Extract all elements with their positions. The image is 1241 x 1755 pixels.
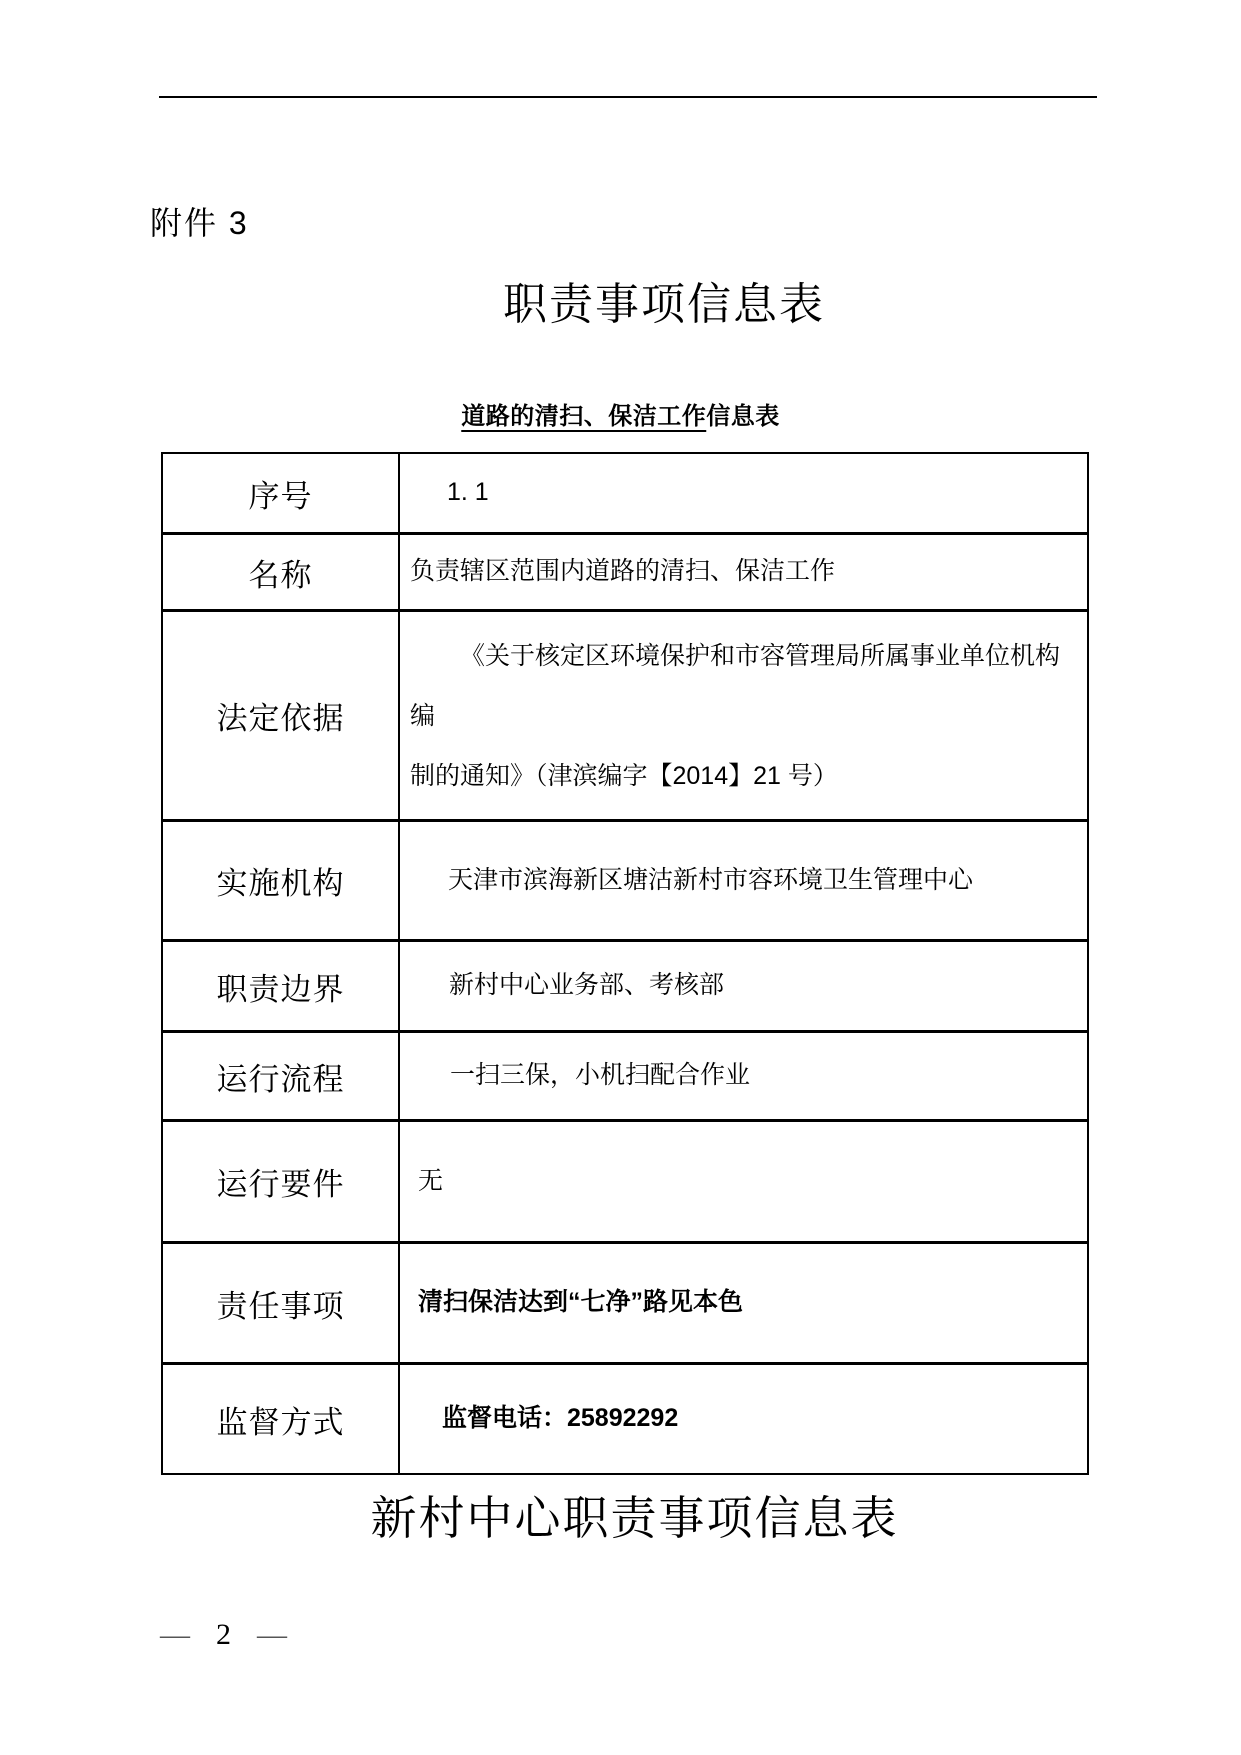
next-section-title: 新村中心职责事项信息表 — [0, 1482, 1241, 1548]
row-value: 监督电话：25892292 — [399, 1364, 1088, 1475]
subtitle-plain-text: 信息表 — [706, 403, 780, 430]
row-responsibility-matters: 责任事项 清扫保洁达到“七净”路见本色 — [162, 1243, 1088, 1364]
document-subtitle: 道路的清扫、保洁工作信息表 — [0, 396, 1241, 431]
row-value: 一扫三保，小机扫配合作业 — [399, 1032, 1088, 1121]
row-label: 运行流程 — [162, 1032, 399, 1121]
legal-basis-line-1: 《关于核定区环境保护和市容管理局所属事业单位机构编 — [410, 626, 1079, 746]
responsibility-info-table: 序号 1. 1 名称 负责辖区范围内道路的清扫、保洁工作 法定依据 《关于核定区… — [161, 452, 1089, 1475]
row-label: 监督方式 — [162, 1364, 399, 1475]
row-legal-basis: 法定依据 《关于核定区环境保护和市容管理局所属事业单位机构编 制的通知》（津滨编… — [162, 611, 1088, 821]
row-value: 天津市滨海新区塘沽新村市容环境卫生管理中心 — [399, 821, 1088, 941]
header-rule — [159, 96, 1097, 98]
document-page: 附件 3 职责事项信息表 道路的清扫、保洁工作信息表 序号 1. 1 名称 负责… — [0, 0, 1241, 1755]
attachment-label: 附件 3 — [150, 198, 249, 244]
row-supervision-method: 监督方式 监督电话：25892292 — [162, 1364, 1088, 1475]
legal-basis-line-2: 制的通知》（津滨编字【2014】21 号） — [410, 746, 1079, 806]
row-implementing-agency: 实施机构 天津市滨海新区塘沽新村市容环境卫生管理中心 — [162, 821, 1088, 941]
row-value: 清扫保洁达到“七净”路见本色 — [399, 1243, 1088, 1364]
row-value: 负责辖区范围内道路的清扫、保洁工作 — [399, 534, 1088, 611]
footer-dash-left: — — [160, 1618, 190, 1652]
row-label: 名称 — [162, 534, 399, 611]
row-operation-requirements: 运行要件 无 — [162, 1121, 1088, 1243]
subtitle-underlined-text: 道路的清扫、保洁工作 — [461, 403, 706, 430]
row-label: 责任事项 — [162, 1243, 399, 1364]
footer-dash-right: — — [257, 1618, 287, 1652]
row-value: 无 — [399, 1121, 1088, 1243]
row-label: 运行要件 — [162, 1121, 399, 1243]
page-footer: — 2 — — [160, 1618, 287, 1652]
row-name: 名称 负责辖区范围内道路的清扫、保洁工作 — [162, 534, 1088, 611]
row-label: 序号 — [162, 453, 399, 534]
row-value: 1. 1 — [399, 453, 1088, 534]
row-label: 实施机构 — [162, 821, 399, 941]
row-responsibility-boundary: 职责边界 新村中心业务部、考核部 — [162, 941, 1088, 1032]
row-value: 《关于核定区环境保护和市容管理局所属事业单位机构编 制的通知》（津滨编字【201… — [399, 611, 1088, 821]
row-serial-number: 序号 1. 1 — [162, 453, 1088, 534]
row-operation-process: 运行流程 一扫三保，小机扫配合作业 — [162, 1032, 1088, 1121]
row-value: 新村中心业务部、考核部 — [399, 941, 1088, 1032]
row-label: 法定依据 — [162, 611, 399, 821]
page-number: 2 — [216, 1618, 231, 1652]
row-label: 职责边界 — [162, 941, 399, 1032]
document-title: 职责事项信息表 — [503, 268, 825, 332]
